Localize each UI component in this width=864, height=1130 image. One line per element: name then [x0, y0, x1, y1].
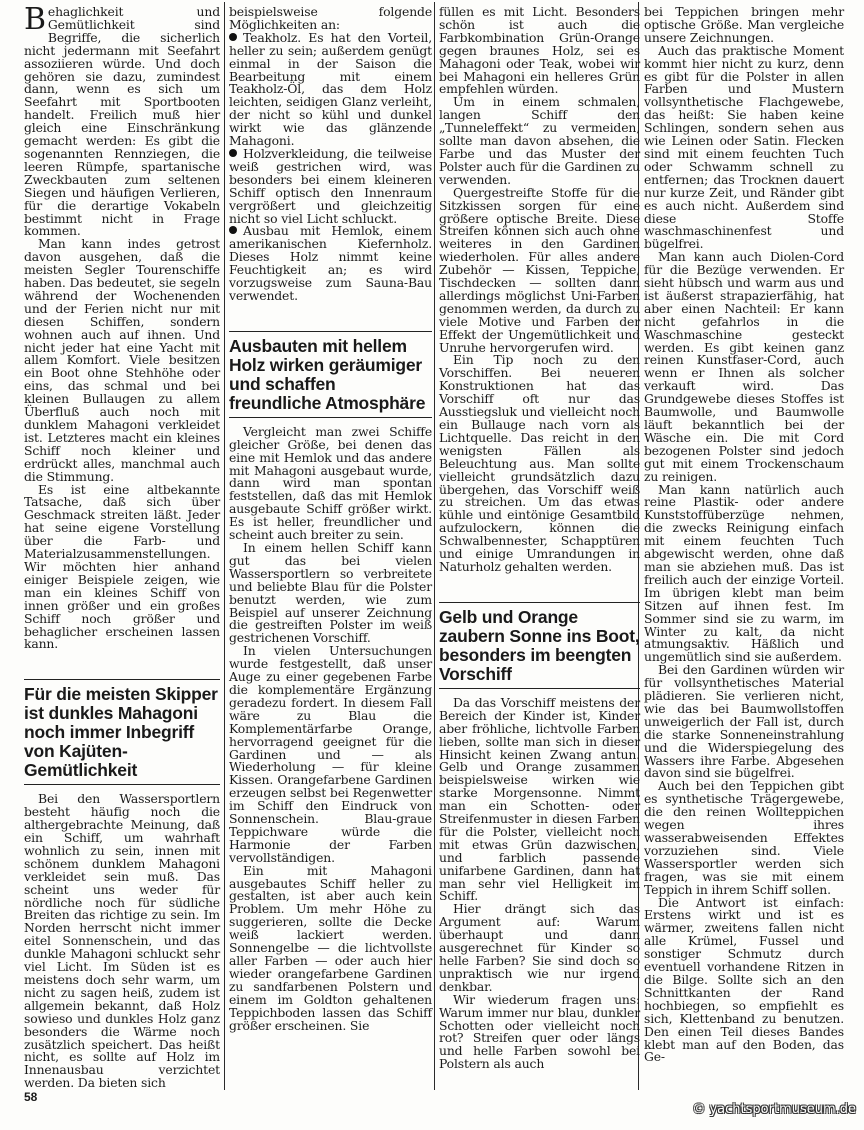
paragraph: In einem hellen Schiff kann gut das bei … [229, 542, 432, 645]
article-column-2: beispielsweise folgende Möglichkeiten an… [229, 6, 432, 1116]
bullet-icon [229, 226, 237, 234]
paragraph: Man kann auch Diolen-Cord für die Bezüge… [644, 251, 844, 483]
paragraph: beispielsweise folgende Möglichkeiten an… [229, 6, 432, 32]
paragraph: Bei den Gardinen würden wir für vollsynt… [644, 664, 844, 780]
section-heading: Für die meisten Skipper ist dunkles Maha… [24, 679, 220, 785]
section-heading: Ausbauten mit hellem Holz wirken geräumi… [229, 331, 432, 418]
paragraph: füllen es mit Licht. Besonders schön ist… [439, 6, 640, 96]
paragraph: Man kann indes getrost davon ausgehen, d… [24, 238, 220, 483]
paragraph: bei Teppichen bringen mehr optische Größ… [644, 6, 844, 45]
paragraph: Auch bei den Teppichen gibt es synthetis… [644, 780, 844, 896]
article-column-4: bei Teppichen bringen mehr optische Größ… [644, 6, 844, 1116]
bullet-item: Teakholz. Es hat den Vorteil, heller zu … [229, 32, 432, 148]
column-divider [434, 2, 435, 1090]
article-column-1: Behaglichkeit und Gemütlichkeit sind Beg… [24, 6, 220, 1116]
paragraph: Auch das praktische Moment kommt hier ni… [644, 45, 844, 252]
paragraph: Vergleicht man zwei Schiffe gleicher Grö… [229, 426, 432, 542]
paragraph: Da das Vorschiff meistens der Bereich de… [439, 697, 640, 904]
column-divider [224, 2, 225, 1090]
page-number: 58 [24, 1090, 37, 1104]
watermark: © yachtsportmuseum.de [692, 1102, 856, 1117]
paragraph: In vielen Untersuchungen wurde festgeste… [229, 645, 432, 864]
paragraph: Hier drängt sich das Argument auf: Warum… [439, 903, 640, 993]
paragraph: Wir wiederum fragen uns: Warum immer nur… [439, 994, 640, 1071]
paragraph: Ein Tip noch zu den Vorschiffen. Bei neu… [439, 354, 640, 573]
bullet-item: Ausbau mit Hemlok, einem amerikanischen … [229, 225, 432, 302]
bullet-icon [229, 149, 237, 157]
paragraph: Ein mit Mahagoni ausgebautes Schiff hell… [229, 865, 432, 1033]
paragraph: Bei den Wassersportlern besteht häufig n… [24, 793, 220, 1090]
paragraph: Quergestreifte Stoffe für die Sitzkissen… [439, 187, 640, 355]
paragraph: Es ist eine altbekannte Tatsache, daß si… [24, 484, 220, 652]
bullet-icon [229, 33, 237, 41]
drop-cap: B [24, 8, 46, 32]
paragraph: Man kann natürlich auch reine Plastik- o… [644, 484, 844, 665]
section-heading: Gelb und Orange zaubern Sonne ins Boot, … [439, 602, 640, 689]
intro-paragraph: Behaglichkeit und Gemütlichkeit sind Beg… [24, 6, 220, 238]
bullet-item: Holzverkleidung, die teilweise weiß gest… [229, 148, 432, 225]
paragraph: Die Antwort ist einfach: Erstens wirkt u… [644, 897, 844, 1065]
paragraph: Um in einem schmalen, langen Schiff den … [439, 96, 640, 186]
article-column-3: füllen es mit Licht. Besonders schön ist… [439, 6, 640, 1116]
